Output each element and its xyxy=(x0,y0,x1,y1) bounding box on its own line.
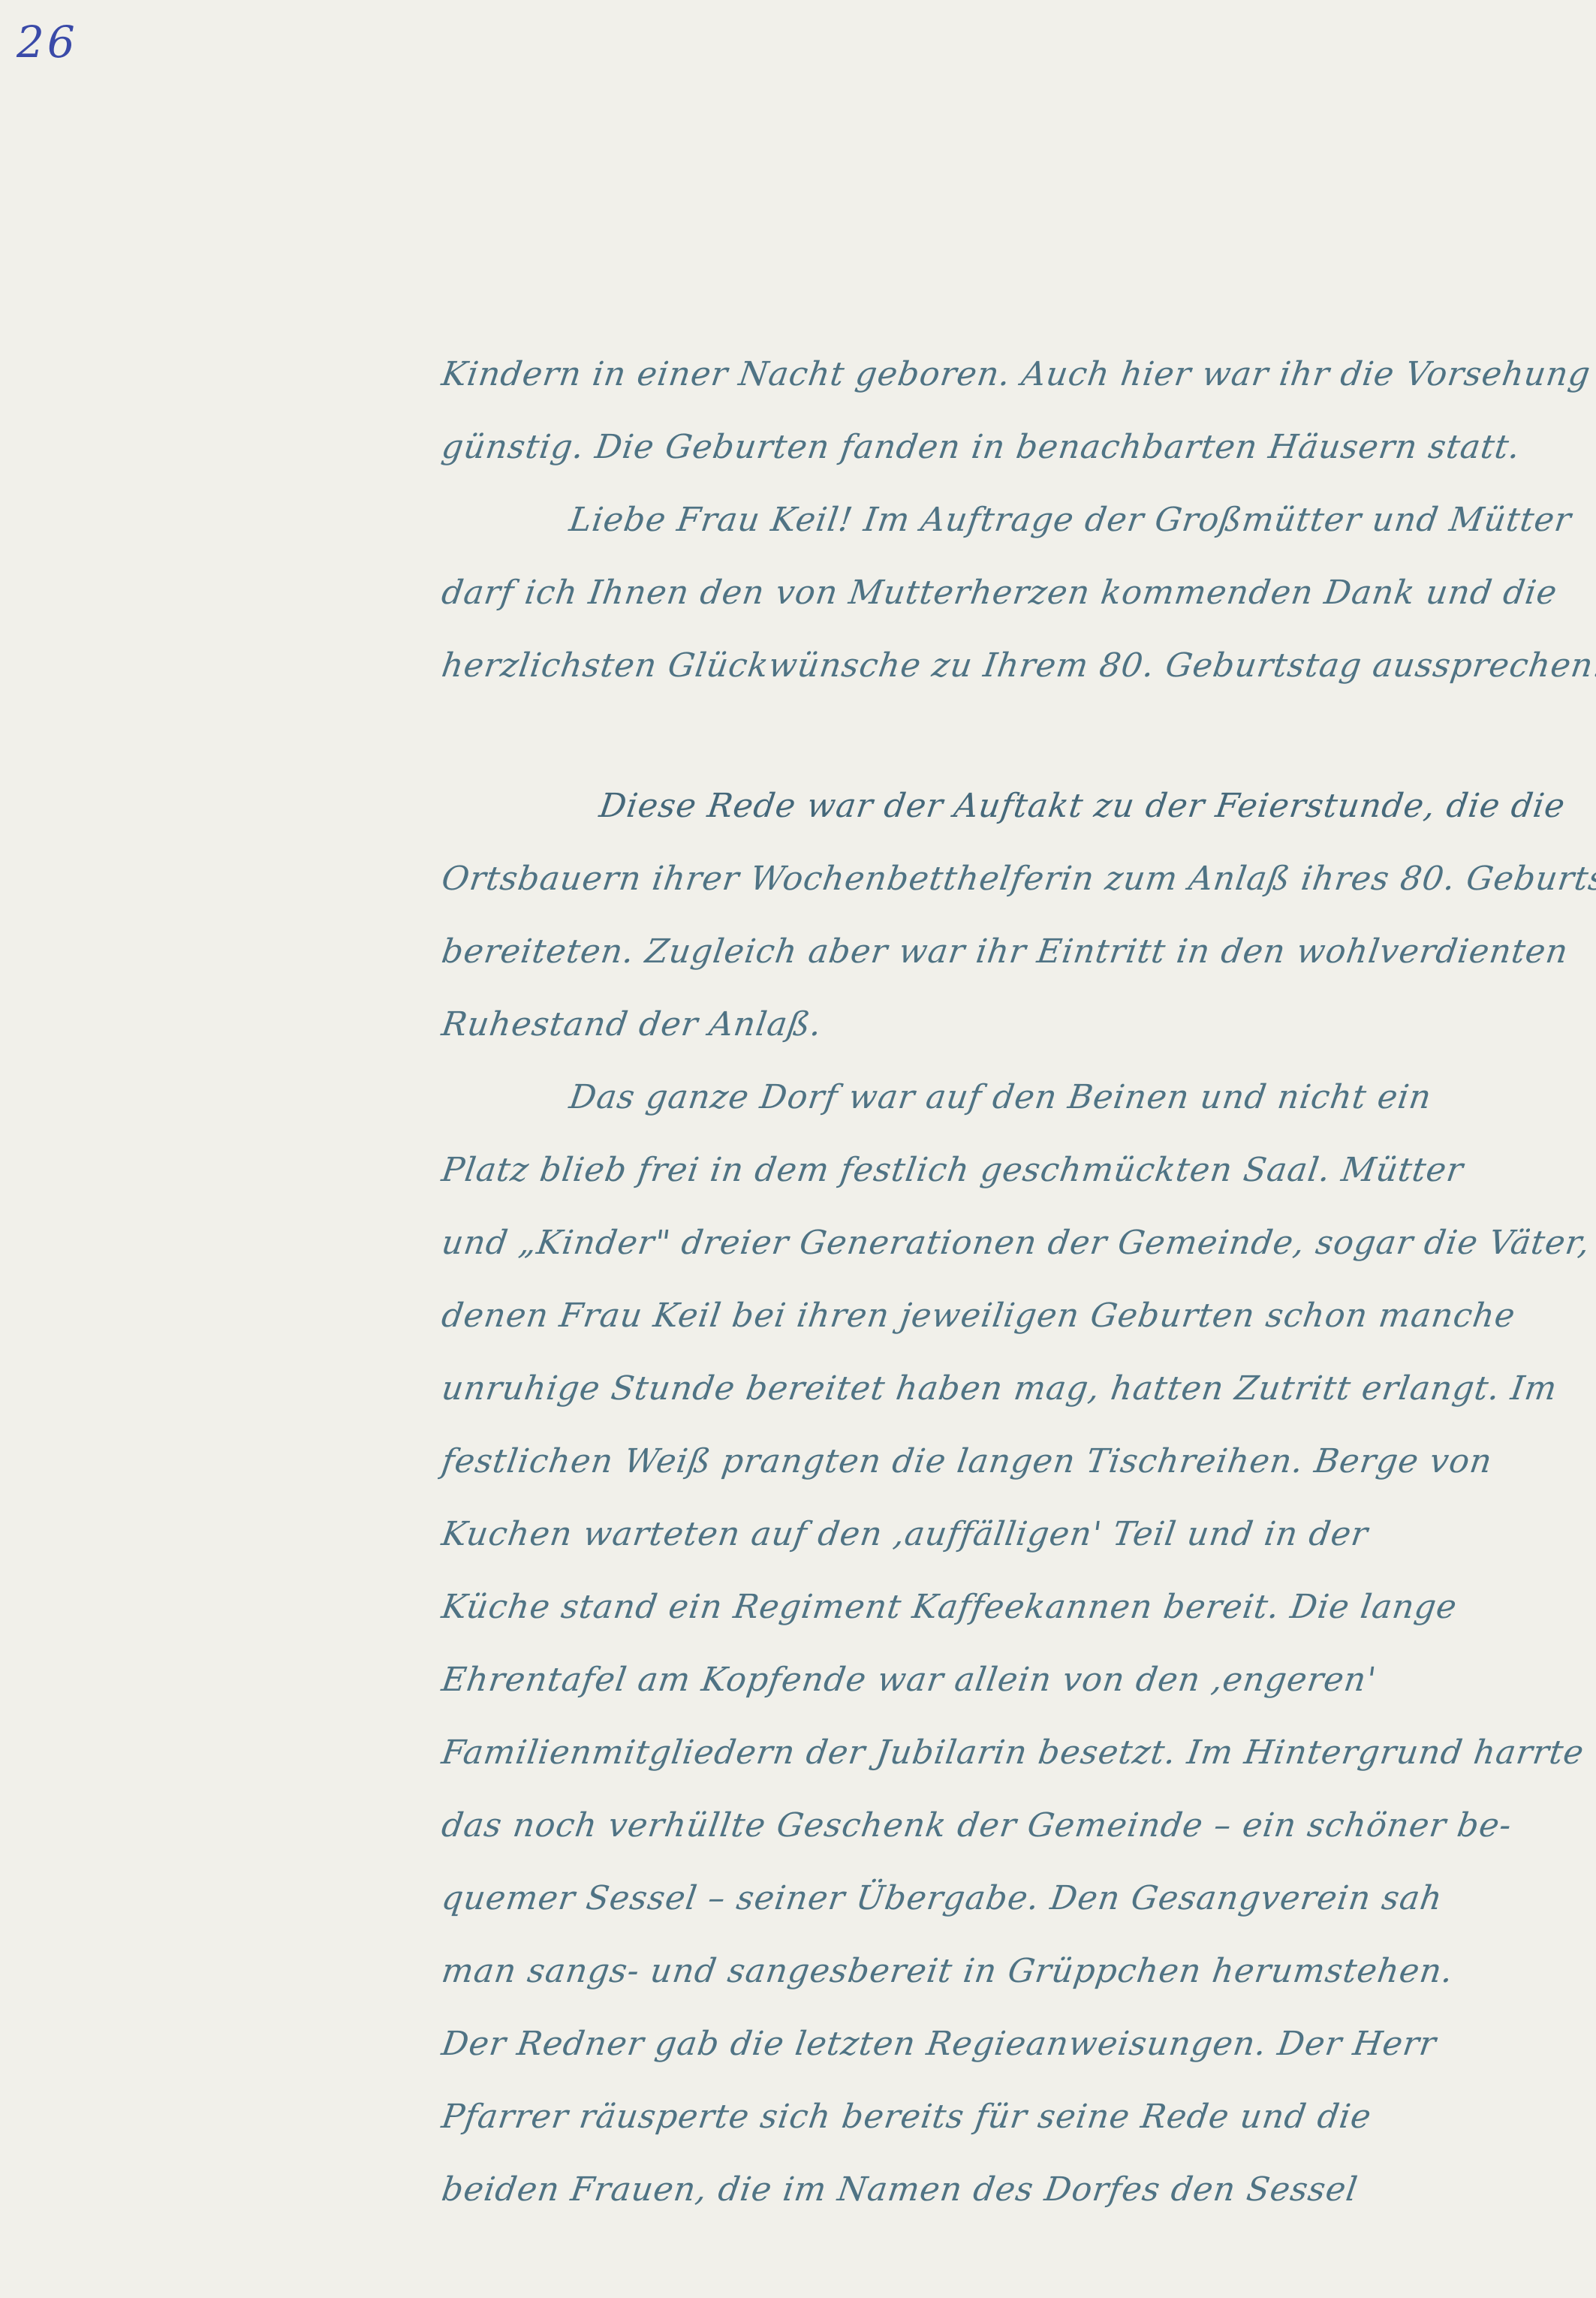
manuscript-line: Diese Rede war der Auftakt zu der Feiers… xyxy=(437,770,1573,842)
manuscript-line: man sangs- und sangesbereit in Grüppchen… xyxy=(437,1935,1573,2007)
manuscript-line: Ehrentafel am Kopfende war allein von de… xyxy=(437,1643,1573,1716)
manuscript-line: günstig. Die Geburten fanden in benachba… xyxy=(437,411,1573,483)
manuscript-line: unruhige Stunde bereitet haben mag, hatt… xyxy=(437,1352,1573,1425)
manuscript-line: Liebe Frau Keil! Im Auftrage der Großmüt… xyxy=(437,483,1573,556)
manuscript-line: Platz blieb frei in dem festlich geschmü… xyxy=(437,1134,1573,1206)
manuscript-line: Der Redner gab die letzten Regieanweisun… xyxy=(437,2007,1573,2080)
manuscript-line: und „Kinder" dreier Generationen der Gem… xyxy=(437,1206,1573,1279)
manuscript-line: Kuchen warteten auf den ‚auffälligen' Te… xyxy=(437,1498,1573,1571)
manuscript-line: Familienmitgliedern der Jubilarin besetz… xyxy=(437,1716,1573,1789)
manuscript-line: denen Frau Keil bei ihren jeweiligen Geb… xyxy=(437,1279,1573,1352)
manuscript-line: festlichen Weiß prangten die langen Tisc… xyxy=(437,1425,1573,1498)
manuscript-line: Kindern in einer Nacht geboren. Auch hie… xyxy=(437,338,1573,411)
manuscript-line: Das ganze Dorf war auf den Beinen und ni… xyxy=(437,1061,1573,1134)
manuscript-line: beiden Frauen, die im Namen des Dorfes d… xyxy=(437,2153,1573,2226)
manuscript-line: Pfarrer räusperte sich bereits für seine… xyxy=(437,2080,1573,2153)
manuscript-line: quemer Sessel – seiner Übergabe. Den Ges… xyxy=(437,1862,1573,1935)
manuscript-line: bereiteten. Zugleich aber war ihr Eintri… xyxy=(437,915,1573,988)
paragraph-gap xyxy=(437,702,1563,770)
manuscript-line: Küche stand ein Regiment Kaffeekannen be… xyxy=(437,1571,1573,1643)
handwritten-manuscript: Kindern in einer Nacht geboren. Auch hie… xyxy=(437,338,1563,2226)
manuscript-line: darf ich Ihnen den von Mutterherzen komm… xyxy=(437,556,1573,629)
page-number: 26 xyxy=(17,17,78,68)
manuscript-line: herzlichsten Glückwünsche zu Ihrem 80. G… xyxy=(437,629,1573,702)
manuscript-line: Ortsbauern ihrer Wochenbetthelferin zum … xyxy=(437,842,1573,915)
manuscript-line: Ruhestand der Anlaß. xyxy=(437,988,1573,1061)
manuscript-line: das noch verhüllte Geschenk der Gemeinde… xyxy=(437,1789,1573,1862)
